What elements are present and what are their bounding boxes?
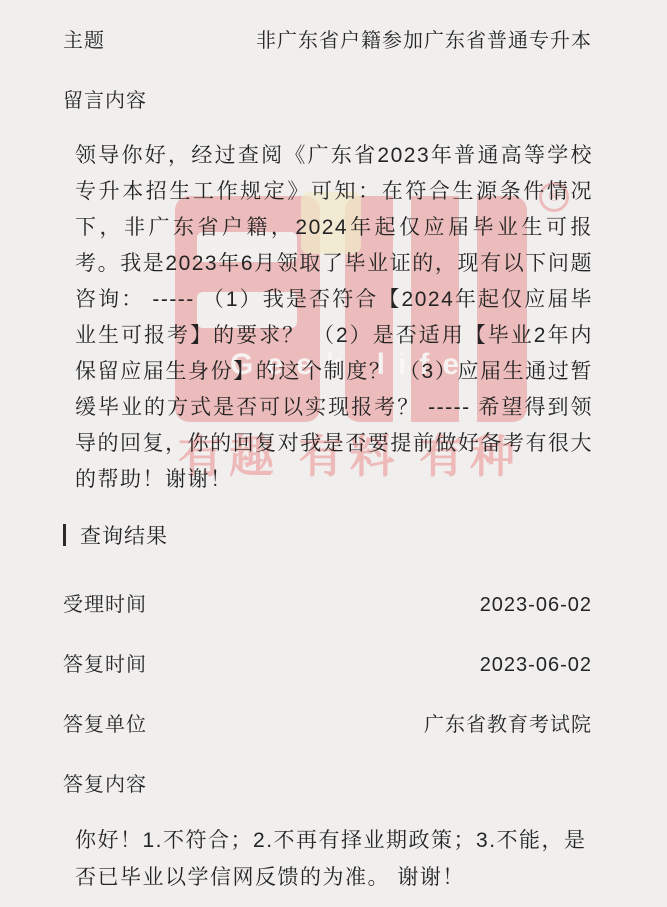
reply-time-row: 答复时间 2023-06-02 bbox=[0, 648, 667, 677]
reply-unit-row: 答复单位 广东省教育考试院 bbox=[0, 708, 667, 737]
reply-unit-label: 答复单位 bbox=[63, 708, 147, 737]
reply-time-label: 答复时间 bbox=[63, 648, 147, 677]
subject-value: 非广东省户籍参加广东省普通专升本 bbox=[256, 24, 592, 53]
reply-unit-value: 广东省教育考试院 bbox=[424, 708, 592, 737]
reply-content-label: 答复内容 bbox=[63, 768, 147, 797]
subject-row: 主题 非广东省户籍参加广东省普通专升本 bbox=[0, 24, 667, 53]
section-accent-bar bbox=[63, 524, 66, 546]
message-content-text: 领导你好，经过查阅《广东省2023年普通高等学校专升本招生工作规定》可知：在符合… bbox=[75, 138, 593, 498]
accepted-time-row: 受理时间 2023-06-02 bbox=[0, 588, 667, 617]
reply-content-text: 你好！1.不符合；2.不再有择业期政策；3.不能，是否已毕业以学信网反馈的为准。… bbox=[75, 822, 605, 896]
reply-time-value: 2023-06-02 bbox=[480, 654, 592, 677]
subject-label: 主题 bbox=[63, 24, 105, 53]
query-result-section-header: 查询结果 bbox=[63, 520, 168, 550]
accepted-time-label: 受理时间 bbox=[63, 588, 147, 617]
accepted-time-value: 2023-06-02 bbox=[480, 594, 592, 617]
message-content-label: 留言内容 bbox=[63, 84, 147, 113]
query-result-title: 查询结果 bbox=[80, 520, 168, 550]
